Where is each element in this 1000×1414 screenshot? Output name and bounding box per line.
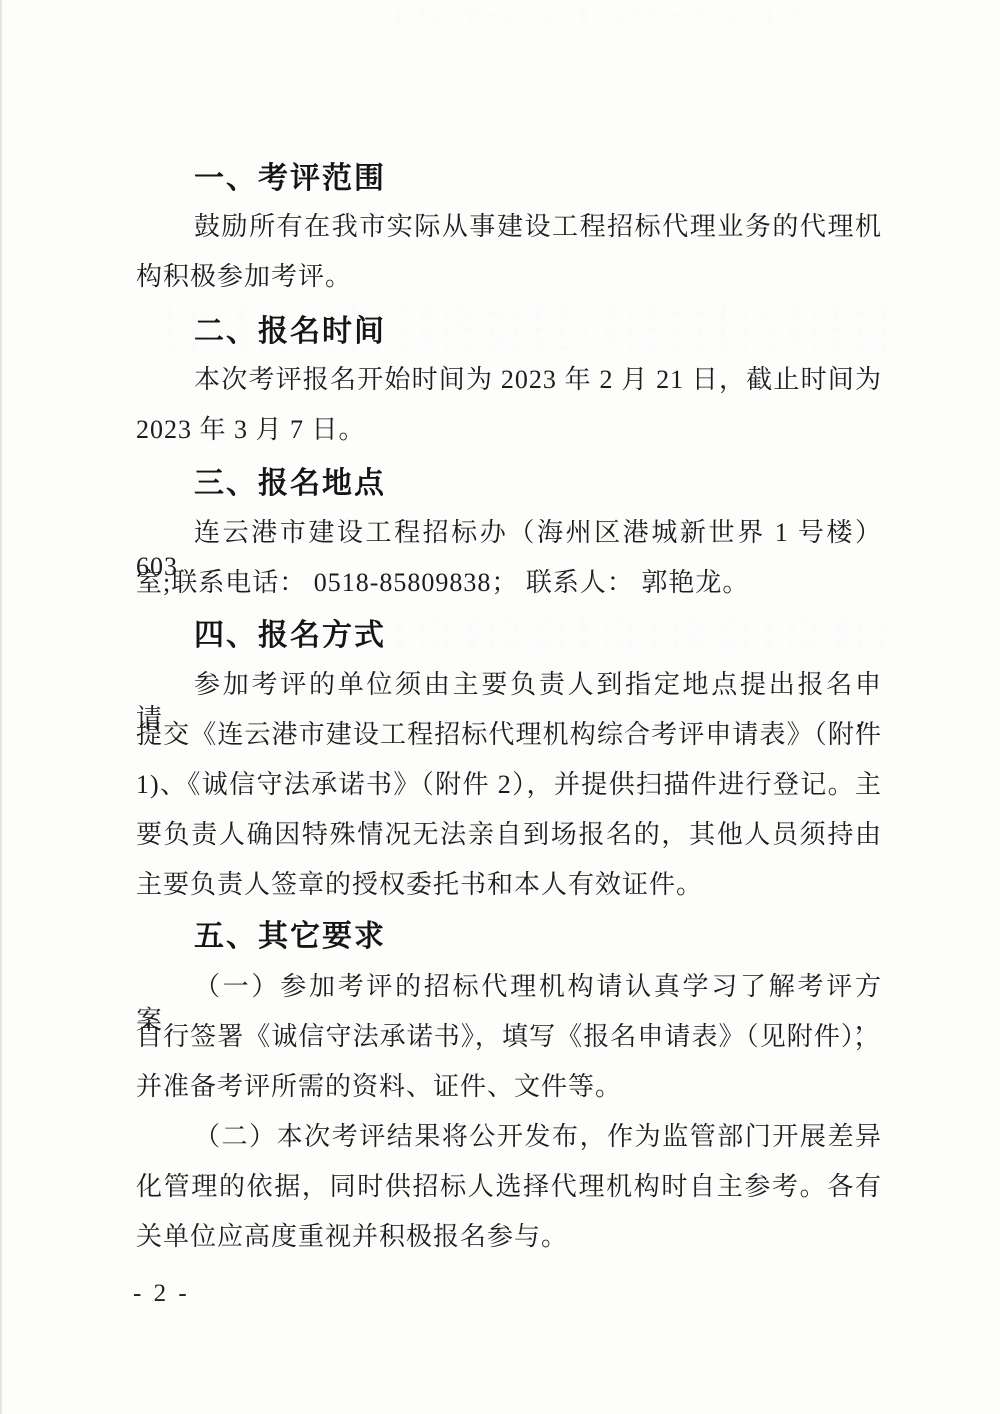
page-number: - 2 - [133, 1280, 190, 1308]
document-page: 一、考评范围 鼓励所有在我市实际从事建设工程招标代理业务的代理机 构积极参加考评… [0, 0, 1000, 1414]
text-line: 自行签署《诚信守法承诺书》，填写《报名申请表》（见附件）， [136, 1020, 882, 1054]
text-line: （二）本次考评结果将公开发布，作为监管部门开展差异 [136, 1120, 882, 1154]
scan-artifact [380, 2, 800, 20]
section-heading-signup-method: 四、报名方式 [136, 620, 940, 652]
section-heading-other-requirements: 五、其它要求 [136, 921, 940, 953]
text-line: 提交《连云港市建设工程招标代理机构综合考评申请表》（附件 [136, 718, 882, 752]
text-line: 要负责人确因特殊情况无法亲自到场报名的，其他人员须持由 [136, 818, 882, 852]
text-line: 1)、《诚信守法承诺书》（附件 2），并提供扫描件进行登记。主 [136, 768, 882, 802]
text-line: 主要负责人签章的授权委托书和本人有效证件。 [136, 868, 882, 902]
text-line: 本次考评报名开始时间为 2023 年 2 月 21 日，截止时间为 [136, 363, 882, 397]
text-line: 构积极参加考评。 [136, 260, 882, 294]
section-heading-signup-place: 三、报名地点 [136, 468, 940, 500]
text-line: 化管理的依据，同时供招标人选择代理机构时自主参考。各有 [136, 1170, 882, 1204]
text-line: 鼓励所有在我市实际从事建设工程招标代理业务的代理机 [136, 210, 882, 244]
scan-edge-artifact [0, 0, 3, 1414]
section-heading-signup-time: 二、报名时间 [136, 316, 940, 348]
text-line: 并准备考评所需的资料、证件、文件等。 [136, 1070, 882, 1104]
text-line: 2023 年 3 月 7 日。 [136, 413, 882, 447]
text-line: 室;联系电话： 0518-85809838； 联系人： 郭艳龙。 [136, 566, 882, 600]
text-line: 关单位应高度重视并积极报名参与。 [136, 1220, 882, 1254]
section-heading-scope: 一、考评范围 [136, 163, 940, 195]
